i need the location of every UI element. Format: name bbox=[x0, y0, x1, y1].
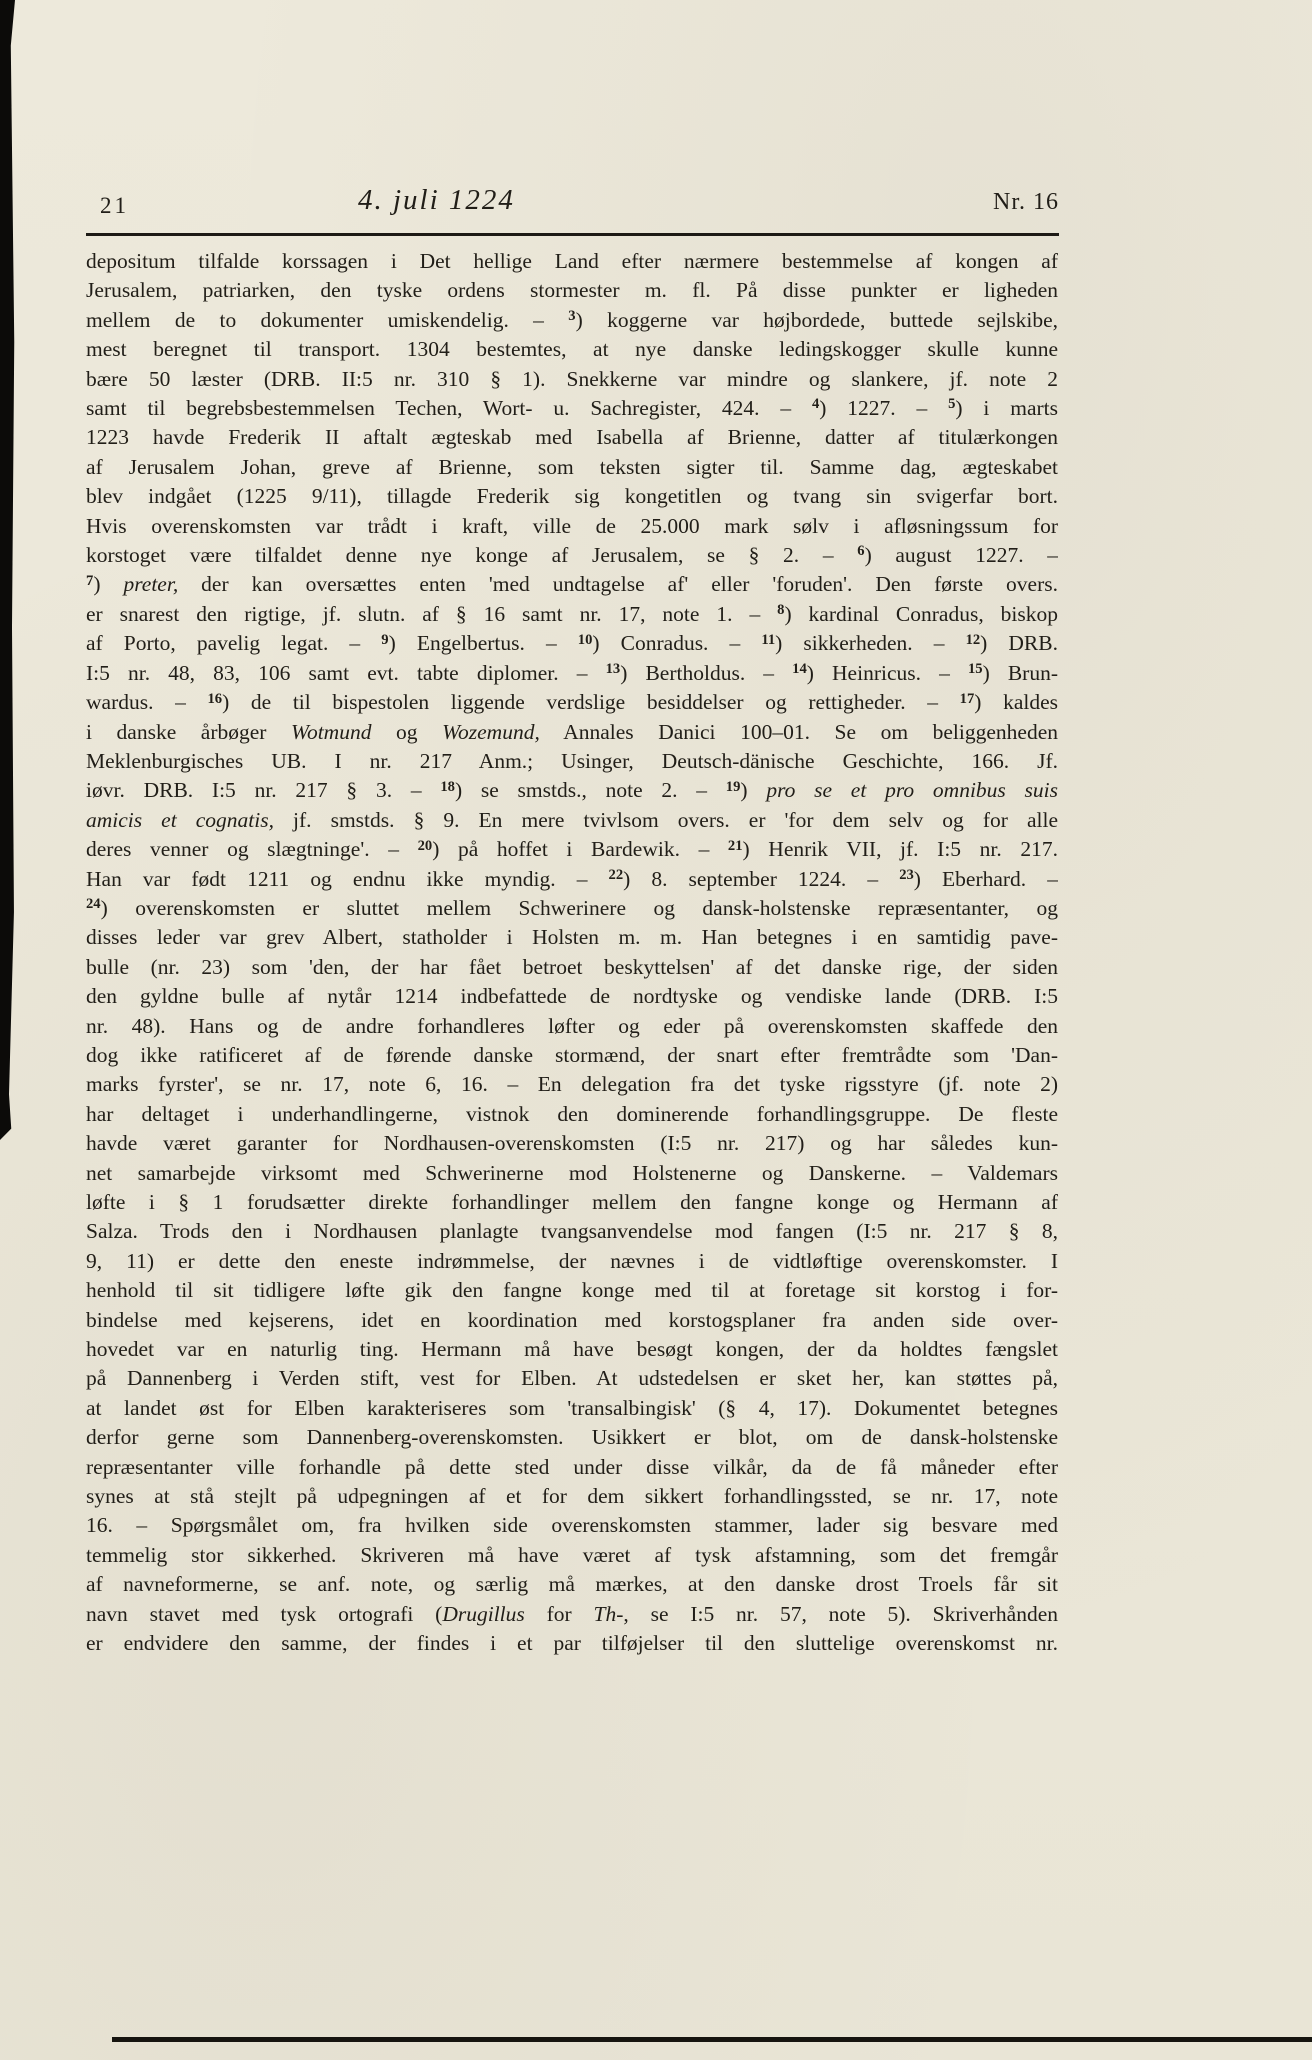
text-segment: på Dannenberg i Verden stift, vest for E… bbox=[86, 1366, 1058, 1390]
text-segment: I:5 nr. 48, 83, 106 samt evt. tabte dipl… bbox=[86, 661, 606, 685]
text-line: deres venner og slægtninge'. – 20) på ho… bbox=[86, 835, 1058, 864]
text-segment: iøvr. DRB. I:5 nr. 217 § 3. – bbox=[86, 778, 440, 802]
text-segment: 9, 11) er dette den eneste indrømmelse, … bbox=[86, 1249, 1058, 1273]
text-segment: Drugillus bbox=[442, 1602, 524, 1626]
text-line: Jerusalem, patriarken, den tyske ordens … bbox=[86, 276, 1058, 305]
text-segment: ) Henrik VII, jf. I:5 nr. 217. bbox=[743, 837, 1058, 861]
text-line: repræsentanter ville forhandle på dette … bbox=[86, 1453, 1058, 1482]
text-line: net samarbejde virksomt med Schwerinerne… bbox=[86, 1159, 1058, 1188]
text-line: 9, 11) er dette den eneste indrømmelse, … bbox=[86, 1247, 1058, 1276]
footnote-marker: 14 bbox=[792, 661, 807, 677]
text-line: Hvis overenskomsten var trådt i kraft, v… bbox=[86, 512, 1058, 541]
text-line: bulle (nr. 23) som 'den, der har fået be… bbox=[86, 953, 1058, 982]
footnote-marker: 11 bbox=[761, 632, 775, 648]
scan-binding-shadow bbox=[0, 0, 15, 1140]
text-line: iøvr. DRB. I:5 nr. 217 § 3. – 18) se sms… bbox=[86, 776, 1058, 805]
text-segment: ) 1227. – bbox=[819, 396, 948, 420]
scanned-book-page: 21 4. juli 1224 Nr. 16 depositum tilfald… bbox=[0, 0, 1312, 2060]
text-segment: Th- bbox=[594, 1602, 624, 1626]
footnote-marker: 10 bbox=[578, 632, 593, 648]
text-segment: ) Eberhard. – bbox=[914, 867, 1058, 891]
text-segment: bindelse med kejserens, idet en koordina… bbox=[86, 1308, 1058, 1332]
text-line: den gyldne bulle af nytår 1214 indbefatt… bbox=[86, 982, 1058, 1011]
text-segment: depositum tilfalde korssagen i Det helli… bbox=[86, 249, 1058, 273]
footnote-marker: 13 bbox=[606, 661, 621, 677]
footnote-marker: 6 bbox=[857, 543, 864, 559]
text-segment: ) overenskomsten er sluttet mellem Schwe… bbox=[101, 896, 1058, 920]
text-line: er endvidere den samme, der findes i et … bbox=[86, 1629, 1058, 1658]
text-line: har deltaget i underhandlingerne, vistno… bbox=[86, 1100, 1058, 1129]
text-segment: mest beregnet til transport. 1304 bestem… bbox=[86, 337, 1058, 361]
text-segment: dog ikke ratificeret af de førende dansk… bbox=[86, 1043, 1058, 1067]
footnote-marker: 24 bbox=[86, 896, 101, 912]
text-line: af Porto, pavelig legat. – 9) Engelbertu… bbox=[86, 629, 1058, 658]
text-line: samt til begrebsbestemmelsen Techen, Wor… bbox=[86, 394, 1058, 423]
footnote-marker: 22 bbox=[609, 867, 624, 883]
footnote-marker: 21 bbox=[728, 838, 743, 854]
text-segment: Salza. Trods den i Nordhausen planlagte … bbox=[86, 1219, 1058, 1243]
text-segment: er snarest den rigtige, jf. slutn. af § … bbox=[86, 602, 777, 626]
text-line: bindelse med kejserens, idet en koordina… bbox=[86, 1306, 1058, 1335]
header-date: 4. juli 1224 bbox=[358, 184, 515, 217]
text-segment: ) bbox=[93, 572, 123, 596]
text-segment: ) DRB. bbox=[980, 631, 1058, 655]
running-header: 21 4. juli 1224 Nr. 16 bbox=[86, 184, 1059, 232]
text-segment: pro se et pro omnibus suis bbox=[766, 778, 1058, 802]
text-segment: har deltaget i underhandlingerne, vistno… bbox=[86, 1102, 1058, 1126]
text-segment: hovedet var en naturlig ting. Hermann må… bbox=[86, 1337, 1058, 1361]
text-line: dog ikke ratificeret af de førende dansk… bbox=[86, 1041, 1058, 1070]
text-segment: navn stavet med tysk ortografi ( bbox=[86, 1602, 442, 1626]
text-segment: amicis et cognatis, bbox=[86, 808, 274, 832]
text-line: af navneformerne, se anf. note, og særli… bbox=[86, 1570, 1058, 1599]
text-segment: synes at stå stejlt på udpegningen af et… bbox=[86, 1484, 1058, 1508]
text-segment: ) kaldes bbox=[974, 690, 1058, 714]
footnote-marker: 15 bbox=[968, 661, 983, 677]
footnote-marker: 20 bbox=[418, 838, 433, 854]
scan-edge-line bbox=[112, 2037, 1312, 2042]
text-segment: og bbox=[371, 720, 442, 744]
text-line: synes at stå stejlt på udpegningen af et… bbox=[86, 1482, 1058, 1511]
text-segment: bære 50 læster (DRB. II:5 nr. 310 § 1). … bbox=[86, 367, 1058, 391]
text-segment: bulle (nr. 23) som 'den, der har fået be… bbox=[86, 955, 1058, 979]
text-line: på Dannenberg i Verden stift, vest for E… bbox=[86, 1364, 1058, 1393]
footnote-marker: 17 bbox=[960, 691, 975, 707]
text-line: mellem de to dokumenter umiskendelig. – … bbox=[86, 306, 1058, 335]
text-segment: Wotmund bbox=[291, 720, 371, 744]
text-segment: ) sikkerheden. – bbox=[775, 631, 965, 655]
footnote-marker: 4 bbox=[812, 396, 819, 412]
text-line: depositum tilfalde korssagen i Det helli… bbox=[86, 247, 1058, 276]
text-line: i danske årbøger Wotmund og Wozemund, An… bbox=[86, 718, 1058, 747]
text-segment: net samarbejde virksomt med Schwerinerne… bbox=[86, 1161, 1058, 1185]
text-segment: ) se smstds., note 2. – bbox=[455, 778, 726, 802]
text-segment: korstoget være tilfaldet denne nye konge… bbox=[86, 543, 857, 567]
text-line: mest beregnet til transport. 1304 bestem… bbox=[86, 335, 1058, 364]
text-line: 16. – Spørgsmålet om, fra hvilken side o… bbox=[86, 1511, 1058, 1540]
text-segment: jf. smstds. § 9. En mere tvivlsom overs.… bbox=[274, 808, 1058, 832]
text-segment: nr. 48). Hans og de andre forhandleres l… bbox=[86, 1014, 1058, 1038]
footnote-marker: 12 bbox=[966, 632, 981, 648]
text-line: 24) overenskomsten er sluttet mellem Sch… bbox=[86, 894, 1058, 923]
text-line: korstoget være tilfaldet denne nye konge… bbox=[86, 541, 1058, 570]
text-segment: af navneformerne, se anf. note, og særli… bbox=[86, 1572, 1058, 1596]
text-line: derfor gerne som Dannenberg-overenskomst… bbox=[86, 1423, 1058, 1452]
text-line: Han var født 1211 og endnu ikke myndig. … bbox=[86, 865, 1058, 894]
body-text: depositum tilfalde korssagen i Det helli… bbox=[86, 247, 1058, 1659]
text-segment: marks fyrster', se nr. 17, note 6, 16. –… bbox=[86, 1072, 1058, 1096]
text-line: havde været garanter for Nordhausen-over… bbox=[86, 1129, 1058, 1158]
text-segment: for bbox=[525, 1602, 594, 1626]
header-issue-number: Nr. 16 bbox=[993, 189, 1059, 216]
text-line: blev indgået (1225 9/11), tillagde Frede… bbox=[86, 482, 1058, 511]
text-segment: ) bbox=[740, 778, 766, 802]
footnote-marker: 16 bbox=[208, 691, 223, 707]
text-line: Salza. Trods den i Nordhausen planlagte … bbox=[86, 1217, 1058, 1246]
footnote-marker: 8 bbox=[777, 602, 784, 618]
text-line: løfte i § 1 forudsætter direkte forhandl… bbox=[86, 1188, 1058, 1217]
text-line: at landet øst for Elben karakteriseres s… bbox=[86, 1394, 1058, 1423]
text-line: henhold til sit tidligere løfte gik den … bbox=[86, 1276, 1058, 1305]
text-segment: , se I:5 nr. 57, note 5). Skriverhånden bbox=[623, 1602, 1058, 1626]
text-line: temmelig stor sikkerhed. Skriveren må ha… bbox=[86, 1541, 1058, 1570]
text-segment: derfor gerne som Dannenberg-overenskomst… bbox=[86, 1425, 1058, 1449]
footnote-marker: 18 bbox=[440, 779, 455, 795]
text-line: Meklenburgisches UB. I nr. 217 Anm.; Usi… bbox=[86, 747, 1058, 776]
page-number: 21 bbox=[100, 193, 129, 219]
text-segment: temmelig stor sikkerhed. Skriveren må ha… bbox=[86, 1543, 1058, 1567]
text-line: hovedet var en naturlig ting. Hermann må… bbox=[86, 1335, 1058, 1364]
text-segment: ) august 1227. – bbox=[865, 543, 1058, 567]
text-segment: samt til begrebsbestemmelsen Techen, Wor… bbox=[86, 396, 812, 420]
text-segment: ) de til bispestolen liggende verdslige … bbox=[222, 690, 960, 714]
text-segment: ) i marts bbox=[955, 396, 1058, 420]
text-segment: ) Conradus. – bbox=[592, 631, 761, 655]
footnote-marker: 3 bbox=[568, 308, 575, 324]
text-segment: ) koggerne var højbordede, buttede sejls… bbox=[576, 308, 1058, 332]
text-segment: den gyldne bulle af nytår 1214 indbefatt… bbox=[86, 984, 1058, 1008]
text-segment: disses leder var grev Albert, statholder… bbox=[86, 925, 1058, 949]
text-segment: Annales Danici 100–01. Se om beliggenhed… bbox=[540, 720, 1058, 744]
text-segment: der kan oversættes enten 'med undtagelse… bbox=[178, 572, 1058, 596]
text-line: 7) preter, der kan oversættes enten 'med… bbox=[86, 570, 1058, 599]
text-segment: mellem de to dokumenter umiskendelig. – bbox=[86, 308, 568, 332]
text-segment: preter, bbox=[123, 572, 178, 596]
text-segment: ) Brun- bbox=[983, 661, 1058, 685]
text-segment: løfte i § 1 forudsætter direkte forhandl… bbox=[86, 1190, 1058, 1214]
text-line: I:5 nr. 48, 83, 106 samt evt. tabte dipl… bbox=[86, 659, 1058, 688]
text-segment: ) Bertholdus. – bbox=[620, 661, 792, 685]
text-segment: 16. – Spørgsmålet om, fra hvilken side o… bbox=[86, 1513, 1058, 1537]
footnote-marker: 19 bbox=[726, 779, 741, 795]
text-line: 1223 havde Frederik II aftalt ægteskab m… bbox=[86, 423, 1058, 452]
text-segment: ) Engelbertus. – bbox=[389, 631, 578, 655]
header-rule bbox=[86, 233, 1059, 236]
text-segment: af Jerusalem Johan, greve af Brienne, so… bbox=[86, 455, 1058, 479]
footnote-marker: 23 bbox=[899, 867, 914, 883]
text-segment: ) Heinricus. – bbox=[807, 661, 968, 685]
text-line: marks fyrster', se nr. 17, note 6, 16. –… bbox=[86, 1070, 1058, 1099]
text-segment: i danske årbøger bbox=[86, 720, 291, 744]
text-line: bære 50 læster (DRB. II:5 nr. 310 § 1). … bbox=[86, 365, 1058, 394]
text-segment: Wozemund, bbox=[442, 720, 540, 744]
text-line: nr. 48). Hans og de andre forhandleres l… bbox=[86, 1012, 1058, 1041]
text-segment: Jerusalem, patriarken, den tyske ordens … bbox=[86, 278, 1058, 302]
footnote-marker: 5 bbox=[948, 396, 955, 412]
text-segment: repræsentanter ville forhandle på dette … bbox=[86, 1455, 1058, 1479]
text-line: wardus. – 16) de til bispestolen liggend… bbox=[86, 688, 1058, 717]
text-segment: ) 8. september 1224. – bbox=[623, 867, 899, 891]
text-segment: Han var født 1211 og endnu ikke myndig. … bbox=[86, 867, 609, 891]
footnote-marker: 7 bbox=[86, 573, 93, 589]
text-line: af Jerusalem Johan, greve af Brienne, so… bbox=[86, 453, 1058, 482]
text-segment: deres venner og slægtninge'. – bbox=[86, 837, 418, 861]
text-line: er snarest den rigtige, jf. slutn. af § … bbox=[86, 600, 1058, 629]
text-segment: 1223 havde Frederik II aftalt ægteskab m… bbox=[86, 425, 1058, 449]
text-line: amicis et cognatis, jf. smstds. § 9. En … bbox=[86, 806, 1058, 835]
text-segment: henhold til sit tidligere løfte gik den … bbox=[86, 1278, 1058, 1302]
text-segment: blev indgået (1225 9/11), tillagde Frede… bbox=[86, 484, 1058, 508]
text-segment: havde været garanter for Nordhausen-over… bbox=[86, 1131, 1058, 1155]
footnote-marker: 9 bbox=[381, 632, 388, 648]
text-segment: at landet øst for Elben karakteriseres s… bbox=[86, 1396, 1058, 1420]
text-line: navn stavet med tysk ortografi (Drugillu… bbox=[86, 1600, 1058, 1629]
text-line: disses leder var grev Albert, statholder… bbox=[86, 923, 1058, 952]
text-segment: af Porto, pavelig legat. – bbox=[86, 631, 381, 655]
text-segment: Meklenburgisches UB. I nr. 217 Anm.; Usi… bbox=[86, 749, 1058, 773]
text-segment: ) kardinal Conradus, biskop bbox=[784, 602, 1058, 626]
text-segment: er endvidere den samme, der findes i et … bbox=[86, 1631, 1058, 1655]
text-segment: wardus. – bbox=[86, 690, 208, 714]
text-segment: Hvis overenskomsten var trådt i kraft, v… bbox=[86, 514, 1058, 538]
text-segment: ) på hoffet i Bardewik. – bbox=[432, 837, 728, 861]
